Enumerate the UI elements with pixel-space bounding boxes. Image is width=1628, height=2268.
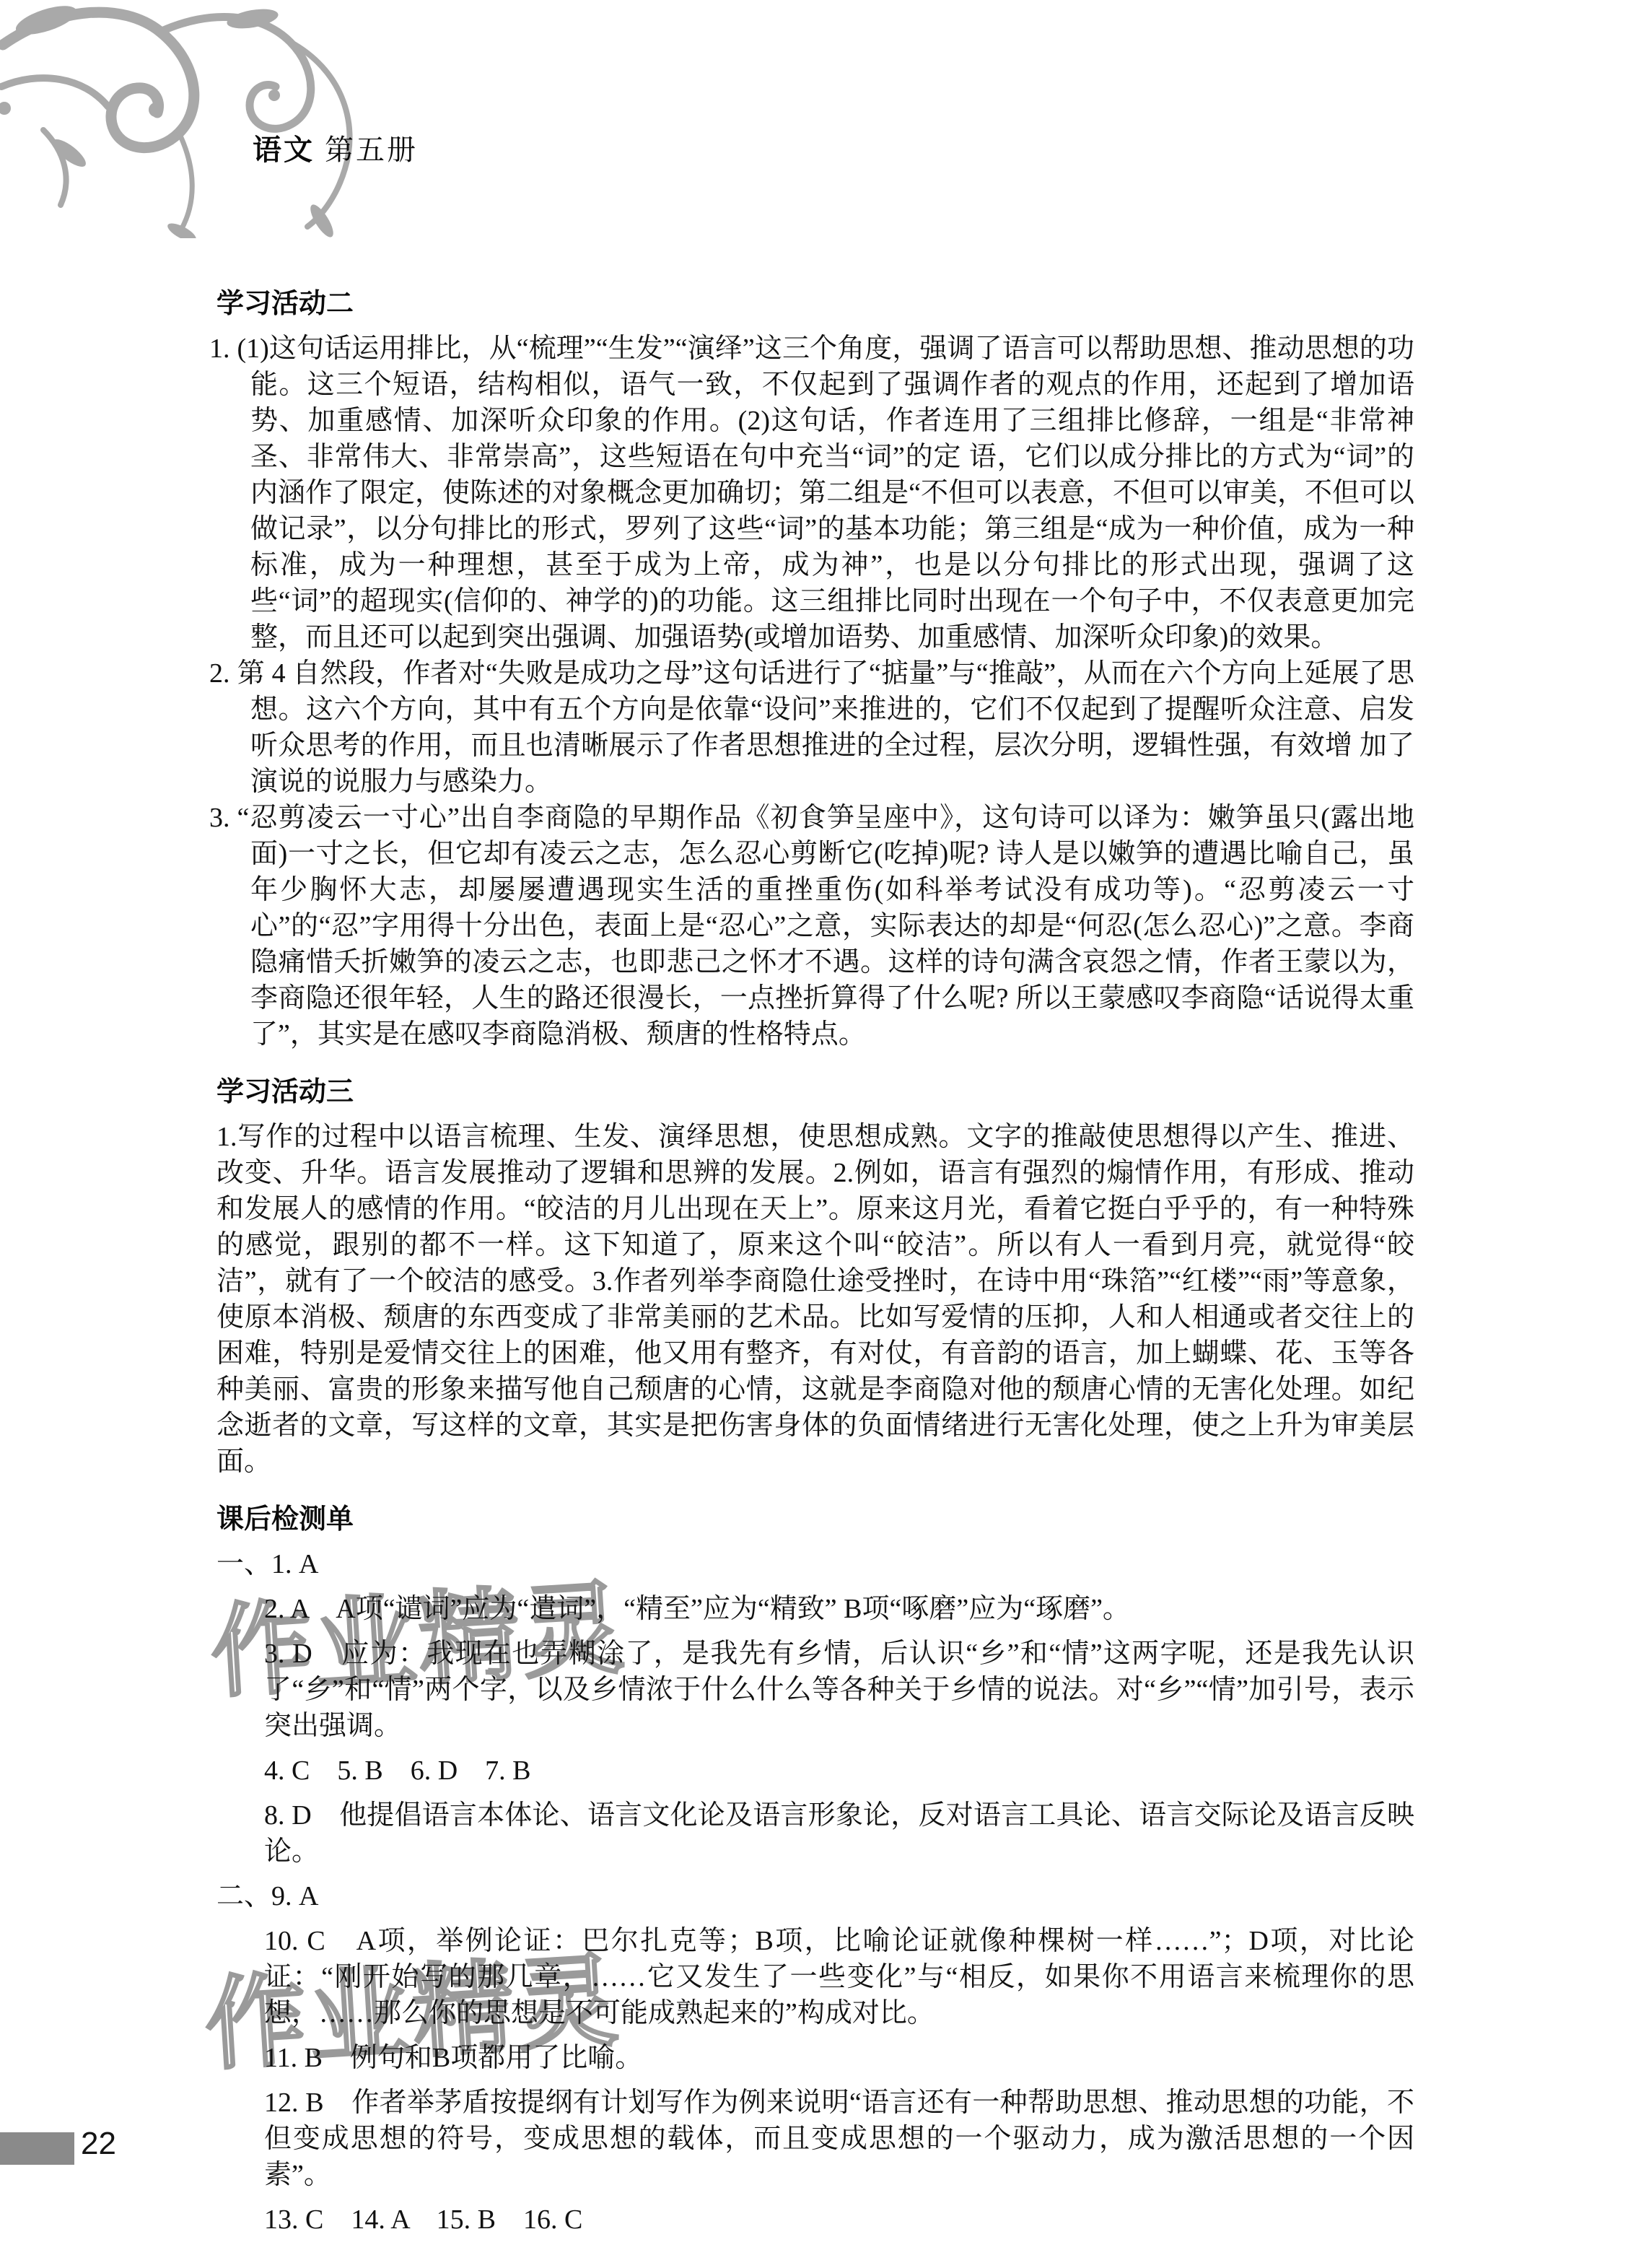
answer-row: 13. C 14. A 15. B 16. C <box>264 2202 1414 2238</box>
section-heading: 学习活动二 <box>216 286 1414 322</box>
book-title-volume: 第五册 <box>325 134 418 166</box>
answer-row: 2. A A项“谴词”应为“遣词”，“精至”应为“精致” B项“啄磨”应为“琢磨… <box>264 1591 1414 1627</box>
book-title-subject: 语文 <box>253 134 315 166</box>
item-text: “忍剪凌云一寸心”出自李商隐的早期作品《初食笋呈座中》，这句诗可以译为：嫩笋虽只… <box>237 803 1415 1050</box>
page-number: 22 <box>81 2125 116 2163</box>
answer-row: 10. C A项，举例论证：巴尔扎克等；B项，比喻论证就像种棵树一样……”；D项… <box>264 1923 1414 2031</box>
section-heading: 课后检测单 <box>216 1501 1414 1538</box>
numbered-item: 3.“忍剪凌云一寸心”出自李商隐的早期作品《初食笋呈座中》，这句诗可以译为：嫩笋… <box>209 800 1414 1052</box>
book-title: 语文第五册 <box>253 133 418 167</box>
numbered-item: 2.第 4 自然段，作者对“失败是成功之母”这句话进行了“掂量”与“推敲”，从而… <box>209 655 1414 800</box>
item-text: 第 4 自然段，作者对“失败是成功之母”这句话进行了“掂量”与“推敲”，从而在六… <box>237 658 1415 797</box>
answer-row: 11. B 例句和B项都用了比喻。 <box>264 2040 1414 2076</box>
section-heading: 学习活动三 <box>216 1074 1414 1110</box>
section-paragraph: 1.写作的过程中以语言梳理、生发、演绎思想，使思想成熟。文字的推敲使思想得以产生… <box>216 1119 1414 1480</box>
page: 语文第五册 学习活动二1.(1)这句话运用排比，从“梳理”“生发”“演绎”这三个… <box>0 0 1628 2268</box>
answer-row: 12. B 作者举茅盾按提纲有计划写作为例来说明“语言还有一种帮助思想、推动思想… <box>264 2085 1414 2193</box>
floral-ornament <box>0 0 404 238</box>
answer-row: 4. C 5. B 6. D 7. B <box>264 1753 1414 1789</box>
answer-row: 3. D 应为：我现在也弄糊涂了，是我先有乡情，后认识“乡”和“情”这两字呢，还… <box>264 1636 1414 1744</box>
answer-row: 二、9. A <box>216 1878 1414 1914</box>
page-number-bar <box>0 2132 74 2165</box>
item-number: 3. <box>209 803 230 833</box>
answer-row: 8. D 他提倡语言本体论、语言文化论及语言形象论，反对语言工具论、语言交际论及… <box>264 1797 1414 1870</box>
answer-row: 一、1. A <box>216 1546 1414 1582</box>
content: 学习活动二1.(1)这句话运用排比，从“梳理”“生发”“演绎”这三个角度，强调了… <box>208 286 1414 2238</box>
item-text: (1)这句话运用排比，从“梳理”“生发”“演绎”这三个角度，强调了语言可以帮助思… <box>237 333 1415 653</box>
item-number: 2. <box>209 658 230 689</box>
numbered-item: 1.(1)这句话运用排比，从“梳理”“生发”“演绎”这三个角度，强调了语言可以帮… <box>209 331 1414 655</box>
item-number: 1. <box>209 333 230 364</box>
